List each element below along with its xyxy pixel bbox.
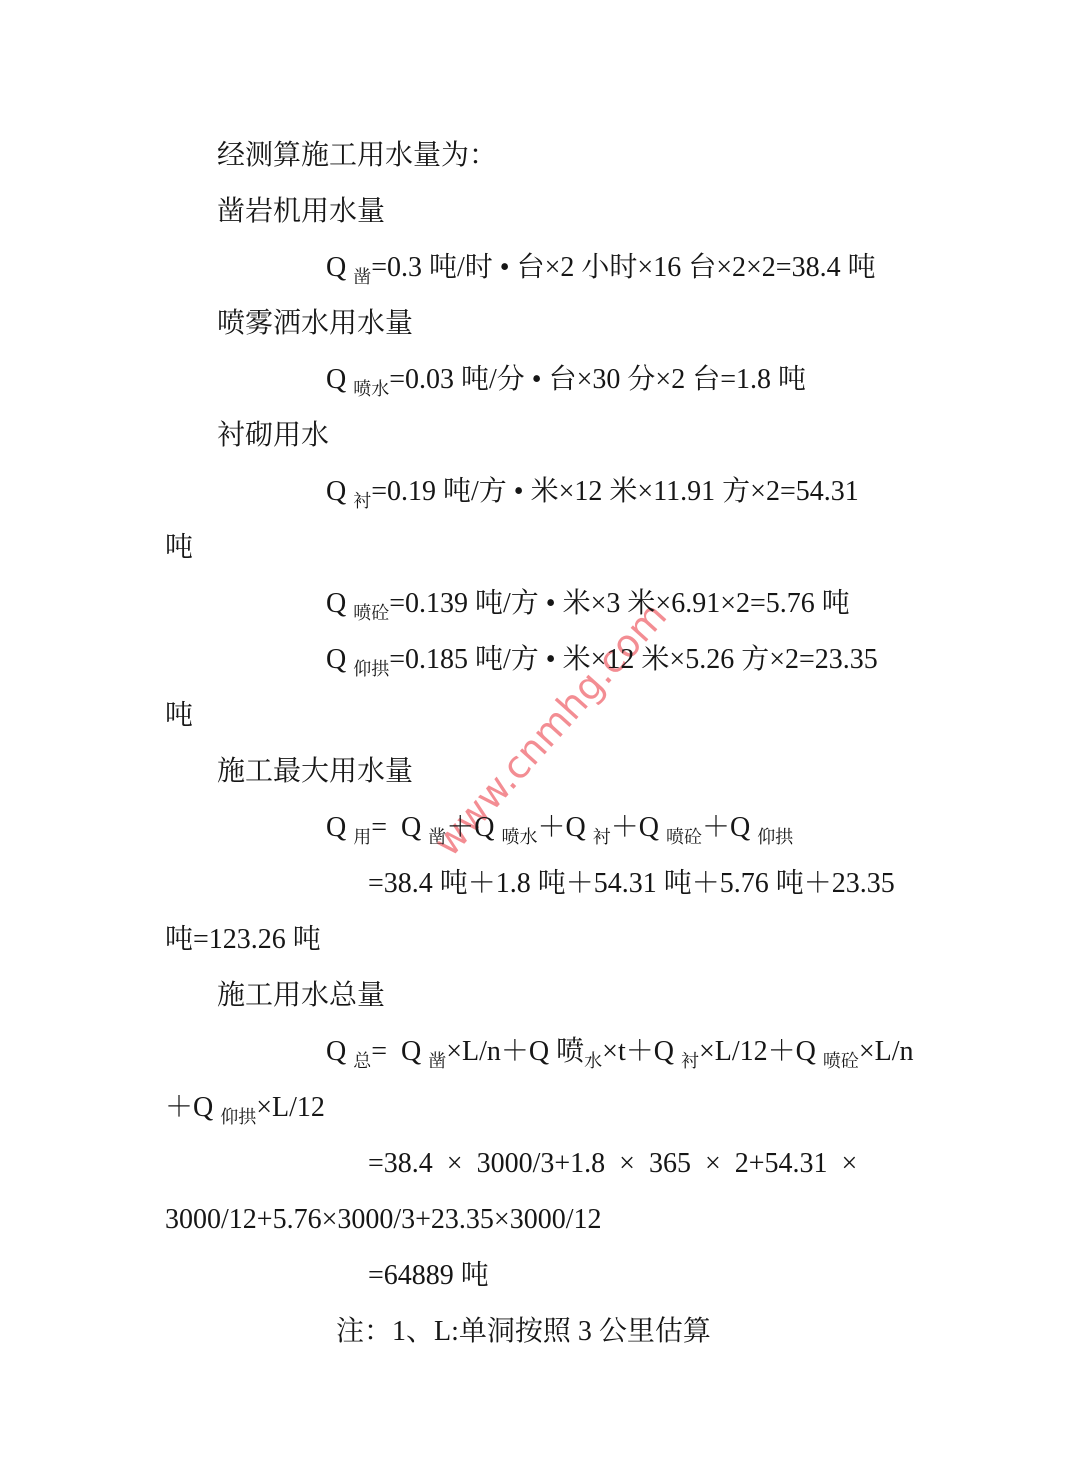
document-line: 喷雾洒水用水量 [165, 296, 914, 352]
text-segment: = Q [371, 812, 428, 843]
document-line: =38.4 吨＋1.8 吨＋54.31 吨＋5.76 吨＋23.35 [165, 856, 914, 912]
text-segment: =38.4 × 3000/3+1.8 × 365 × 2+54.31 × [368, 1148, 857, 1179]
document-line: 施工用水总量 [165, 968, 914, 1024]
text-segment: 凿岩机用水量 [217, 196, 385, 227]
text-segment: 衬砌用水 [217, 420, 329, 451]
text-segment: 施工用水总量 [217, 980, 385, 1011]
text-segment: 经测算施工用水量为： [217, 140, 497, 171]
document-line: 凿岩机用水量 [165, 184, 914, 240]
document-line: 经测算施工用水量为： [165, 128, 914, 184]
document-line: 吨 [165, 688, 914, 744]
text-segment: 注：1、L:单洞按照 3 公里估算 [336, 1316, 711, 1347]
text-segment: =0.3 吨/时 • 台×2 小时×16 台×2×2=38.4 吨 [371, 252, 875, 283]
formula-subscript: 衬 [681, 1051, 699, 1071]
document-line: Q 衬=0.19 吨/方 • 米×12 米×11.91 方×2=54.31 [165, 464, 914, 520]
text-segment: 3000/12+5.76×3000/3+23.35×3000/12 [165, 1204, 602, 1235]
text-segment: ×t＋Q [602, 1036, 681, 1067]
document-line: Q 喷水=0.03 吨/分 • 台×30 分×2 台=1.8 吨 [165, 352, 914, 408]
text-segment: ×L/12＋Q [699, 1036, 823, 1067]
text-segment: =38.4 吨＋1.8 吨＋54.31 吨＋5.76 吨＋23.35 [368, 868, 895, 899]
document-line: Q 用= Q 凿＋Q 喷水＋Q 衬＋Q 喷砼＋Q 仰拱 [165, 800, 914, 856]
text-segment: Q [326, 644, 353, 675]
document-line: Q 喷砼=0.139 吨/方 • 米×3 米×6.91×2=5.76 吨 [165, 576, 914, 632]
document-body: 经测算施工用水量为：凿岩机用水量Q 凿=0.3 吨/时 • 台×2 小时×16 … [165, 128, 914, 1360]
text-segment: ＋Q [446, 812, 501, 843]
document-line: 注：1、L:单洞按照 3 公里估算 [165, 1304, 914, 1360]
text-segment: ＋Q [611, 812, 666, 843]
formula-subscript: 凿 [428, 827, 446, 847]
document-line: Q 总= Q 凿×L/n＋Q 喷水×t＋Q 衬×L/12＋Q 喷砼×L/n [165, 1024, 914, 1080]
text-segment: Q [326, 476, 353, 507]
text-segment: Q [326, 252, 353, 283]
formula-subscript: 喷水 [353, 379, 389, 399]
text-segment: =0.03 吨/分 • 台×30 分×2 台=1.8 吨 [389, 364, 806, 395]
text-segment: =0.139 吨/方 • 米×3 米×6.91×2=5.76 吨 [389, 588, 850, 619]
text-segment: 吨 [165, 532, 193, 563]
formula-subscript: 喷砼 [353, 603, 389, 623]
document-line: =38.4 × 3000/3+1.8 × 365 × 2+54.31 × [165, 1136, 914, 1192]
formula-subscript: 仰拱 [757, 827, 793, 847]
formula-subscript: 喷砼 [823, 1051, 859, 1071]
text-segment: ×L/n＋Q 喷 [446, 1036, 584, 1067]
document-line: 3000/12+5.76×3000/3+23.35×3000/12 [165, 1192, 914, 1248]
document-line: =64889 吨 [165, 1248, 914, 1304]
text-segment: 喷雾洒水用水量 [217, 308, 413, 339]
text-segment: 施工最大用水量 [217, 756, 413, 787]
document-line: 施工最大用水量 [165, 744, 914, 800]
text-segment: 吨=123.26 吨 [165, 924, 321, 955]
text-segment: ×L/n [859, 1036, 914, 1067]
formula-subscript: 凿 [428, 1051, 446, 1071]
document-page: www.cnmhg.com 经测算施工用水量为：凿岩机用水量Q 凿=0.3 吨/… [0, 0, 1072, 1458]
text-segment: ×L/12 [256, 1092, 325, 1123]
document-line: ＋Q 仰拱×L/12 [165, 1080, 914, 1136]
formula-subscript: 总 [353, 1051, 371, 1071]
formula-subscript: 凿 [353, 267, 371, 287]
formula-subscript: 仰拱 [220, 1107, 256, 1127]
document-line: 衬砌用水 [165, 408, 914, 464]
formula-subscript: 水 [584, 1051, 602, 1071]
formula-subscript: 衬 [353, 491, 371, 511]
formula-subscript: 用 [353, 827, 371, 847]
text-segment: Q [326, 588, 353, 619]
text-segment: Q [326, 812, 353, 843]
document-line: Q 凿=0.3 吨/时 • 台×2 小时×16 台×2×2=38.4 吨 [165, 240, 914, 296]
document-line: Q 仰拱=0.185 吨/方 • 米×12 米×5.26 方×2=23.35 [165, 632, 914, 688]
text-segment: ＋Q [165, 1092, 220, 1123]
text-segment: 吨 [165, 700, 193, 731]
document-line: 吨=123.26 吨 [165, 912, 914, 968]
formula-subscript: 喷水 [501, 827, 537, 847]
text-segment: ＋Q [702, 812, 757, 843]
text-segment: Q [326, 1036, 353, 1067]
text-segment: Q [326, 364, 353, 395]
text-segment: =64889 吨 [368, 1260, 489, 1291]
text-segment: ＋Q [537, 812, 592, 843]
text-segment: = Q [371, 1036, 428, 1067]
text-segment: =0.185 吨/方 • 米×12 米×5.26 方×2=23.35 [389, 644, 878, 675]
document-line: 吨 [165, 520, 914, 576]
text-segment: =0.19 吨/方 • 米×12 米×11.91 方×2=54.31 [371, 476, 859, 507]
formula-subscript: 喷砼 [666, 827, 702, 847]
formula-subscript: 仰拱 [353, 659, 389, 679]
formula-subscript: 衬 [593, 827, 611, 847]
